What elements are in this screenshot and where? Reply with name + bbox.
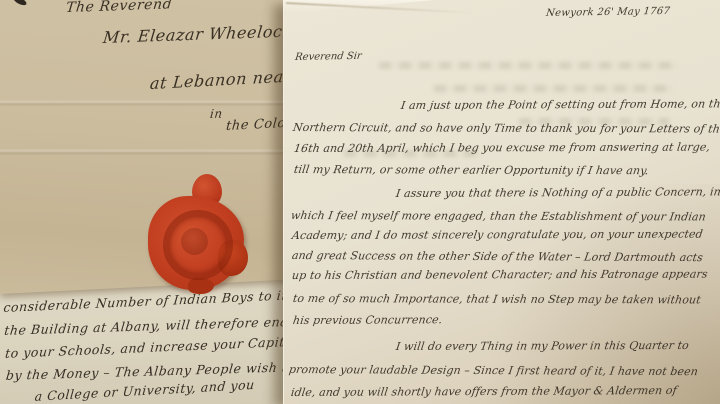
address-line: Mr. Eleazar Wheelock [102, 23, 294, 46]
letter-line: which I feel myself more engaged, than t… [290, 210, 706, 222]
address-line: at Lebanon near [149, 69, 292, 93]
letter-line: I assure you that there is Nothing of a … [395, 186, 720, 199]
letter-line: idle, and you will shortly have offers f… [290, 385, 677, 398]
wax-seal-icon [148, 174, 246, 294]
letter-line: I will do every Thing in my Power in thi… [395, 340, 689, 352]
address-line: in [209, 108, 223, 120]
letter-line: 16th and 20th April, which I beg you exc… [293, 142, 711, 154]
right-letter-page: Newyork 26' May 1767 Reverend Sir I am j… [283, 0, 720, 404]
dateline: Newyork 26' May 1767 [545, 7, 670, 19]
wax-seal-drip [188, 278, 214, 294]
letter-line: to your Schools, and increase your Capit… [5, 336, 298, 361]
letter-line: his previous Concurrence. [292, 314, 443, 326]
cutoff-pen-stroke [12, 0, 27, 7]
letter-line: up to his Christian and benevolent Chara… [291, 269, 708, 281]
ink-bleed-through [379, 62, 679, 69]
letter-line: I am just upon the Point of setting out … [400, 98, 720, 111]
letter-line: the Building at Albany, will therefore e… [4, 315, 300, 337]
letter-line: promote your laudable Design – Since I f… [288, 364, 699, 377]
address-line: The Reverend [65, 0, 173, 15]
letter-line: and great Success on the other Side of t… [291, 250, 704, 263]
ink-bleed-through [434, 85, 674, 92]
letter-line: Academy; and I do most sincerely congrat… [291, 229, 703, 241]
letter-line: Northern Circuit, and so have only Time … [292, 122, 720, 135]
photograph-of-letters: considerable Number of Indian Boys to in… [0, 0, 720, 404]
fold-crease [0, 101, 300, 105]
letter-line: till my Return, or some other earlier Op… [293, 164, 649, 176]
wax-seal-impression-center [181, 228, 208, 255]
letter-line: to me of so much Importance, that I wish… [292, 293, 701, 305]
letter-line: by the Money – The Albany People wish to… [5, 361, 300, 382]
fold-crease [0, 150, 300, 154]
salutation: Reverend Sir [294, 52, 362, 63]
letter-line: a College or University, and you [34, 379, 255, 403]
